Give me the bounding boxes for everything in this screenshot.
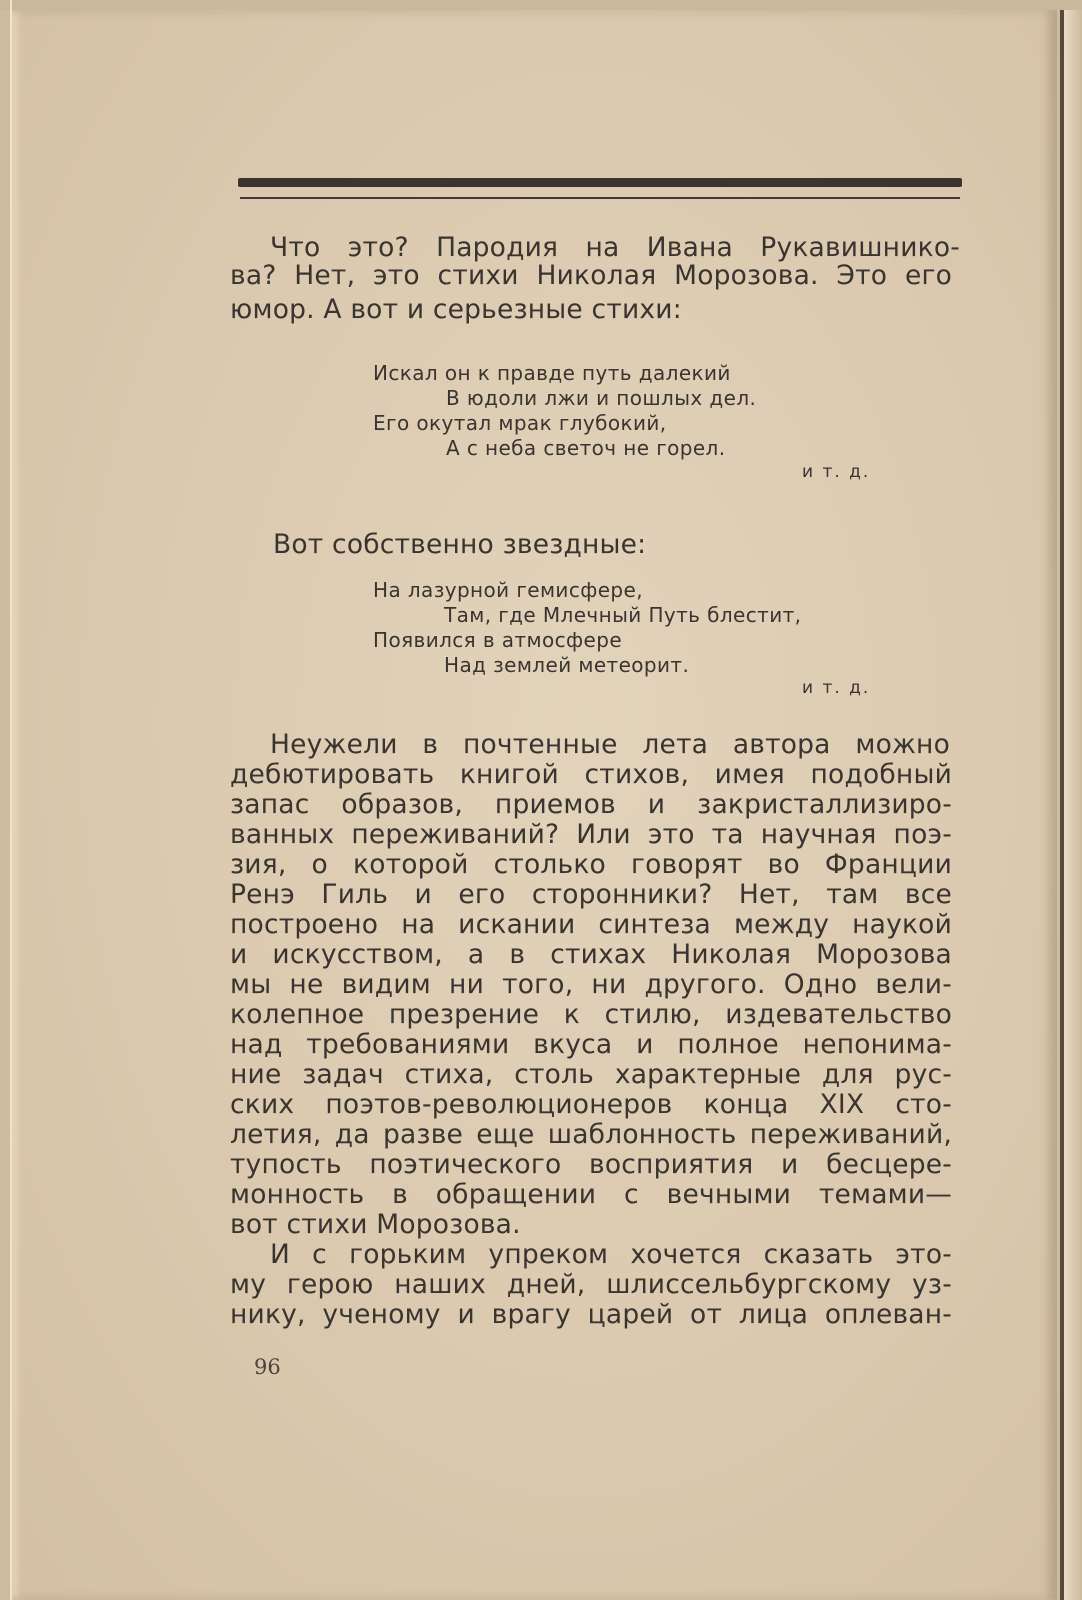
text-line: и искусством, а в стихах Николая Морозов… [230,940,952,970]
page-left-edge [10,0,12,1600]
verse-line: В юдоли лжи и пошлых дел. [446,385,756,411]
text-line: запас образов, приемов и закристаллизиро… [230,790,952,820]
verse-line: Там, где Млечный Путь блестит, [444,602,801,628]
text-line: ванных переживаний? Или это та научная п… [230,820,952,850]
text-line: Что это? Пародия на Ивана Рукавишнико- [270,233,960,263]
text-line: над требованиями вкуса и полное непонима… [230,1030,952,1060]
verse-line: Появился в атмосфере [373,627,622,653]
text-line: ва? Нет, это стихи Николая Морозова. Это… [230,261,952,291]
text-line: И с горьким упреком хочется сказать это- [270,1240,952,1270]
text-line: му герою наших дней, шлиссельбургскому у… [230,1270,952,1300]
text-line: Неужели в почтенные лета автора можно [270,730,950,760]
verse-line: А с неба светоч не горел. [446,435,726,461]
header-rule-thin [240,197,960,199]
header-rule-thick [238,178,962,187]
text-line: дебютировать книгой стихов, имея подобны… [230,760,952,790]
text-line: тупость поэтического восприятия и бесцер… [230,1150,952,1180]
verse-line: На лазурной гемисфере, [373,577,643,603]
text-line: Ренэ Гиль и его сторонники? Нет, там все [230,880,952,910]
text-line: зия, о которой столько говорят во Франци… [230,850,952,880]
text-line: летия, да разве еще шаблонность пережива… [230,1120,952,1150]
scan-top-edge [0,0,1082,10]
text-line: ских поэтов-революционеров конца XIX сто… [230,1090,952,1120]
verse-line: Над землей метеорит. [444,652,689,678]
text-line: мы не видим ни того, ни другого. Одно ве… [230,970,952,1000]
text-line: построено на искании синтеза между науко… [230,910,952,940]
text-line: юмор. А вот и серьезные стихи: [230,295,682,325]
text-line: ние задач стиха, столь характерные для р… [230,1060,952,1090]
text-line: нику, ученому и врагу царей от лица опле… [230,1300,952,1330]
page-number: 96 [254,1355,281,1379]
etc-marker: и т. д. [802,678,870,698]
poem-2-intro: Вот собственно звездные: [273,530,646,560]
page-right-edge [1064,10,1082,1600]
verse-line: Искал он к правде путь далекий [373,360,731,386]
etc-marker: и т. д. [802,462,870,482]
verse-line: Его окутал мрак глубокий, [373,410,667,436]
text-line: колепное презрение к стилю, издевательст… [230,1000,952,1030]
text-line: вот стихи Морозова. [230,1210,521,1240]
text-line: монность в обращении с вечными темами— [230,1180,952,1210]
